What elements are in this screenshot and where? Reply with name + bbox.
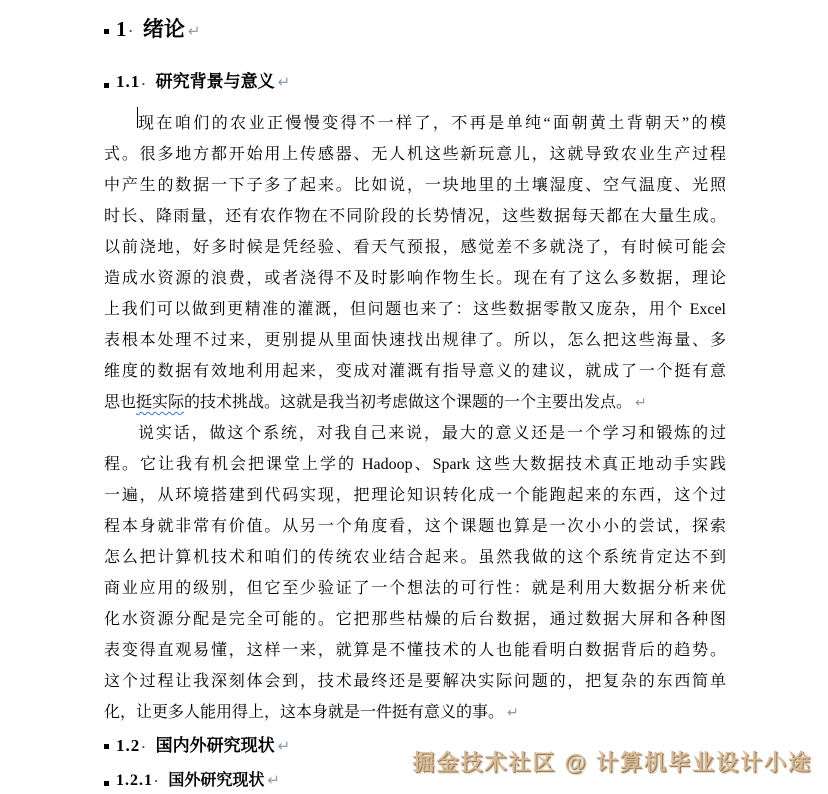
heading-number: 1.2 [116, 736, 140, 755]
heading-number: 1.1 [116, 72, 140, 91]
document-content: 1·绪论↵ 1.1·研究背景与意义↵ 现在咱们的农业正慢慢变得不一样了，不再是单… [0, 14, 828, 794]
watermark: 掘金技术社区 @ 计算机毕业设计小途 [412, 746, 812, 777]
paragraph-2: 说实话，做这个系统，对我自己来说，最大的意义还是一个学习和锻炼的过 程。它让我有… [104, 418, 726, 728]
document-page: 1·绪论↵ 1.1·研究背景与意义↵ 现在咱们的农业正慢慢变得不一样了，不再是单… [0, 0, 828, 794]
paragraph-line: 程本身就非常有价值。从另一个角度看，这个课题也算是一次小小的尝试，探索 [104, 511, 726, 542]
paragraph-line: 程。它让我有机会把课堂上学的 Hadoop、Spark 这些大数据技术真正地动手… [104, 449, 726, 480]
paragraph-mark-icon: ↵ [278, 737, 291, 755]
paragraph-line: 表变得直观易懂，这样一来，就算是不懂技术的人也能看明白数据背后的趋势。 [104, 635, 726, 666]
paragraph-line: 说实话，做这个系统，对我自己来说，最大的意义还是一个学习和锻炼的过 [104, 418, 726, 449]
paragraph-mark-icon: ↵ [278, 73, 291, 91]
heading-title: 国内外研究现状 [156, 736, 275, 755]
line-text: 化，让更多人能用得上，这本身就是一件挺有意义的事。 [104, 704, 504, 721]
heading-1-1: 1.1·研究背景与意义↵ [104, 69, 726, 96]
paragraph-line: 商业应用的级别，但它至少验证了一个想法的可行性：就是利用大数据分析来优 [104, 573, 726, 604]
paragraph-line-last: 化，让更多人能用得上，这本身就是一件挺有意义的事。↵ [104, 697, 726, 728]
paragraph-line: 化水资源分配是完全可能的。它把那些枯燥的后台数据，通过数据大屏和各种图 [104, 604, 726, 635]
paragraph-line: 以前浇地，好多时候是凭经验、看天气预报，感觉差不多就浇了，有时候可能会 [104, 232, 726, 263]
paragraph-line: 上我们可以做到更精准的灌溉，但问题也来了：这些数据零散又庞杂，用个 Excel [104, 294, 726, 325]
space-format-mark-icon: · [154, 773, 158, 788]
line-text: 的技术挑战。这就是我当初考虑做这个课题的一个主要出发点。 [184, 394, 632, 411]
paragraph-mark-icon: ↵ [267, 771, 280, 789]
paragraph-1: 现在咱们的农业正慢慢变得不一样了，不再是单纯“面朝黄土背朝天”的模 式。很多地方… [104, 108, 726, 418]
heading-title: 研究背景与意义 [156, 72, 275, 91]
heading-style-marker-icon [104, 29, 109, 34]
heading-title: 国外研究现状 [168, 772, 264, 789]
paragraph-line: 造成水资源的浪费，或者浇得不及时影响作物生长。现在有了这么多数据，理论 [104, 263, 726, 294]
heading-number: 1 [116, 17, 128, 41]
paragraph-line: 时长、降雨量，还有农作物在不同阶段的长势情况，这些数据每天都在大量生成。 [104, 201, 726, 232]
space-format-mark-icon: · [141, 76, 145, 91]
paragraph-line: 中产生的数据一下子多了起来。比如说，一块地里的土壤湿度、空气温度、光照 [104, 170, 726, 201]
paragraph-line: 式。很多地方都开始用上传感器、无人机这些新玩意儿，这就导致农业生产过程 [104, 139, 726, 170]
heading-title: 绪论 [143, 18, 185, 41]
paragraph-line: 维度的数据有效地利用起来，变成对灌溉有指导意义的建议，就成了一个挺有意 [104, 356, 726, 387]
spellcheck-flagged-text: 挺实际 [136, 394, 184, 411]
paragraph-mark-icon: ↵ [635, 395, 647, 411]
paragraph-line: 现在咱们的农业正慢慢变得不一样了，不再是单纯“面朝黄土背朝天”的模 [104, 108, 726, 139]
space-format-mark-icon: · [141, 739, 145, 754]
paragraph-line-last: 思也挺实际的技术挑战。这就是我当初考虑做这个课题的一个主要出发点。↵ [104, 387, 726, 418]
heading-style-marker-icon [104, 744, 109, 749]
heading-number: 1.2.1 [116, 772, 153, 789]
heading-chapter-1: 1·绪论↵ [104, 14, 726, 46]
heading-style-marker-icon [104, 781, 109, 786]
paragraph-line: 表根本处理不过来，更别提从里面快速找出规律了。所以，怎么把这些海量、多 [104, 325, 726, 356]
paragraph-mark-icon: ↵ [507, 705, 519, 721]
paragraph-mark-icon: ↵ [188, 22, 201, 40]
paragraph-line: 一遍，从环境搭建到代码实现，把理论知识转化成一个能跑起来的东西，这个过 [104, 480, 726, 511]
line-text: 思也 [104, 394, 136, 411]
text-cursor [137, 107, 138, 128]
space-format-mark-icon: · [129, 23, 133, 38]
heading-style-marker-icon [104, 83, 109, 88]
paragraph-line: 这个过程让我深刻体会到，技术最终还是要解决实际问题的，把复杂的东西简单 [104, 666, 726, 697]
paragraph-line: 怎么把计算机技术和咱们的传统农业结合起来。虽然我做的这个系统肯定达不到 [104, 542, 726, 573]
